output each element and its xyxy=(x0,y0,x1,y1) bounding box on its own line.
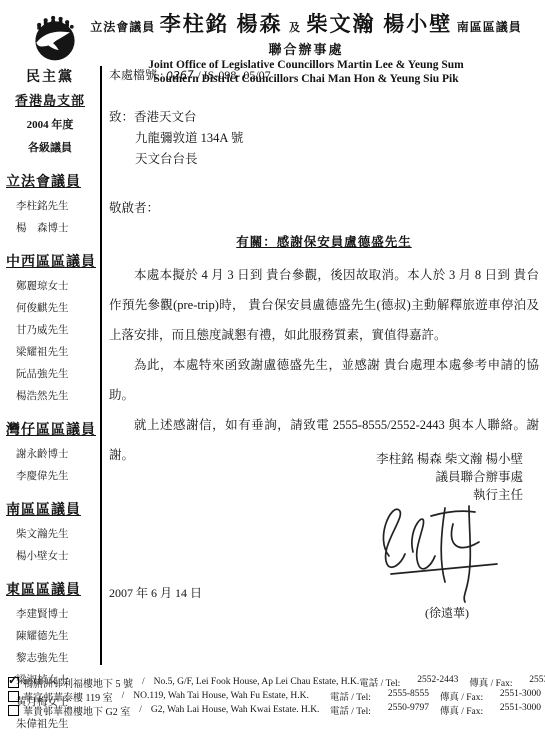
legco-member-names: 李柱銘 楊森 xyxy=(160,13,283,36)
footer-checkbox-0[interactable] xyxy=(8,677,19,688)
group-heading-wanchai: 灣仔區區議員 xyxy=(6,419,100,439)
address-row: 鴨脷洲邨利福樓地下 5 號 / No.5, G/F, Lei Fook Hous… xyxy=(8,675,541,689)
member-name: 朱偉祖先生 xyxy=(16,716,100,731)
address-en: NO.119, Wah Tai House, Wah Fu Estate, H.… xyxy=(133,691,309,701)
recipient-line-1: 致：香港天文台 xyxy=(109,107,539,128)
contact-numbers: 電話 / Tel: 2552-2443 傳真 / Fax: 2553-5595 xyxy=(359,675,545,689)
tel-label: 電話 / Tel: xyxy=(330,689,388,703)
ref-number: / IS-098- 05/07 xyxy=(197,68,270,82)
joint-office-cn: 聯合辦事處 xyxy=(88,39,524,58)
recipient-line-2: 九龍彌敦道 134A 號 xyxy=(109,128,539,149)
contact-numbers: 電話 / Tel: 2550-9797 傳真 / Fax: 2551-3000 xyxy=(330,703,541,717)
member-name: 楊 森博士 xyxy=(16,220,100,235)
tel-number: 2555-8555 xyxy=(388,689,440,703)
district-member-names: 柴文瀚 楊小壁 xyxy=(306,13,452,36)
party-name: 民主黨 xyxy=(0,66,100,86)
tel-number: 2550-9797 xyxy=(388,703,440,717)
member-name: 謝永齡博士 xyxy=(16,446,100,461)
paragraph-1: 本處本擬於 4 月 3 日到 貴台參觀，後因故取消。本人於 3 月 8 日到 貴… xyxy=(109,260,539,350)
footer-checkbox-1[interactable] xyxy=(8,691,19,702)
address-en: No.5, G/F, Lei Fook House, Ap Lei Chau E… xyxy=(154,677,360,687)
letter-date: 2007 年 6 月 14 日 xyxy=(109,584,202,601)
fax-number: 2553-5595 xyxy=(529,675,545,689)
paragraph-2: 為此，本處特來函致謝盧德盛先生，並感謝 貴台處理本處參考申請的協助。 xyxy=(109,350,539,410)
group-heading-southern: 南區區議員 xyxy=(6,499,100,519)
letterhead-title: 立法會議員 李柱銘 楊森 及 柴文瀚 楊小壁 南區區議員 xyxy=(88,8,524,38)
member-name: 楊小壁女士 xyxy=(16,548,100,563)
member-name: 陳耀德先生 xyxy=(16,628,100,643)
handwritten-signature xyxy=(361,494,511,606)
group-heading-eastern: 東區區議員 xyxy=(6,579,100,599)
fax-number: 2551-3000 xyxy=(500,703,541,717)
group-heading-legco: 立法會議員 xyxy=(6,171,100,191)
contact-numbers: 電話 / Tel: 2555-8555 傳真 / Fax: 2551-3000 xyxy=(330,689,541,703)
member-name: 黎志強先生 xyxy=(16,650,100,665)
member-name: 何俊麒先生 xyxy=(16,300,100,315)
address-cn: 華貴邨華禮樓地下 G2 室 xyxy=(23,703,130,718)
member-name: 李柱銘先生 xyxy=(16,198,100,213)
member-name: 李建賢博士 xyxy=(16,606,100,621)
separator: / xyxy=(142,677,145,687)
tel-label: 電話 / Tel: xyxy=(330,703,388,717)
member-name: 甘乃威先生 xyxy=(16,322,100,337)
separator: / xyxy=(139,705,142,715)
address-row: 華貴邨華禮樓地下 G2 室 / G2, Wah Lai House, Wah K… xyxy=(8,703,541,717)
members-label: 各級議員 xyxy=(0,139,100,155)
fax-label: 傳真 / Fax: xyxy=(440,703,500,717)
and-word: 及 xyxy=(289,22,300,34)
address-cn: 華富邨華泰樓 119 室 xyxy=(23,689,113,704)
office-addresses-footer: 鴨脷洲邨利福樓地下 5 號 / No.5, G/F, Lei Fook Hous… xyxy=(8,675,541,717)
recipient-line-3: 天文台台長 xyxy=(109,149,539,170)
member-name: 梁耀祖先生 xyxy=(16,344,100,359)
signature-names: 李柱銘 楊森 柴文瀚 楊小壁 xyxy=(376,450,523,468)
subject-line: 有關：感謝保安員盧德盛先生 xyxy=(109,232,539,250)
letter-paragraphs: 本處本擬於 4 月 3 日到 貴台參觀，後因故取消。本人於 3 月 8 日到 貴… xyxy=(109,260,539,470)
year-label: 2004 年度 xyxy=(0,116,100,132)
member-name: 柴文瀚先生 xyxy=(16,526,100,541)
ref-label: 本處檔號 : xyxy=(109,68,163,82)
fax-number: 2551-3000 xyxy=(500,689,541,703)
fax-label: 傳真 / Fax: xyxy=(469,675,529,689)
address-row: 華富邨華泰樓 119 室 / NO.119, Wah Tai House, Wa… xyxy=(8,689,541,703)
signature-office: 議員聯合辦事處 xyxy=(376,468,523,486)
separator: / xyxy=(122,691,125,701)
members-sidebar: 民主黨 香港島支部 2004 年度 各級議員 立法會議員 李柱銘先生 楊 森博士… xyxy=(0,66,100,731)
democratic-party-dove-logo xyxy=(27,10,83,66)
member-name: 鄭麗琼女士 xyxy=(16,278,100,293)
title-prefix: 立法會議員 xyxy=(90,20,155,34)
address-en: G2, Wah Lai House, Wah Kwai Estate. H.K. xyxy=(151,705,320,715)
address-cn: 鴨脷洲邨利福樓地下 5 號 xyxy=(23,675,133,690)
letter-body: 本處檔號 : 0267 / IS-098- 05/07 致：香港天文台 九龍彌敦… xyxy=(109,66,539,676)
ref-handwritten-number: 0267 xyxy=(166,68,195,82)
branch-name: 香港島支部 xyxy=(0,90,100,109)
member-name: 李慶偉先生 xyxy=(16,468,100,483)
recipient-block: 致：香港天文台 九龍彌敦道 134A 號 天文台台長 xyxy=(109,107,539,170)
member-name: 楊浩然先生 xyxy=(16,388,100,403)
title-suffix: 南區區議員 xyxy=(457,20,522,34)
tel-label: 電話 / Tel: xyxy=(359,675,417,689)
group-heading-central-western: 中西區區議員 xyxy=(6,251,100,271)
signer-name: (徐遠華) xyxy=(425,604,469,621)
file-reference-line: 本處檔號 : 0267 / IS-098- 05/07 xyxy=(109,66,539,83)
fax-label: 傳真 / Fax: xyxy=(440,689,500,703)
tel-number: 2552-2443 xyxy=(417,675,469,689)
letter-document-page: 立法會議員 李柱銘 楊森 及 柴文瀚 楊小壁 南區區議員 聯合辦事處 Joint… xyxy=(0,0,545,737)
footer-checkbox-2[interactable] xyxy=(8,705,19,716)
salutation: 敬啟者： xyxy=(109,198,539,216)
vertical-divider-rule xyxy=(100,66,102,665)
member-name: 阮品強先生 xyxy=(16,366,100,381)
